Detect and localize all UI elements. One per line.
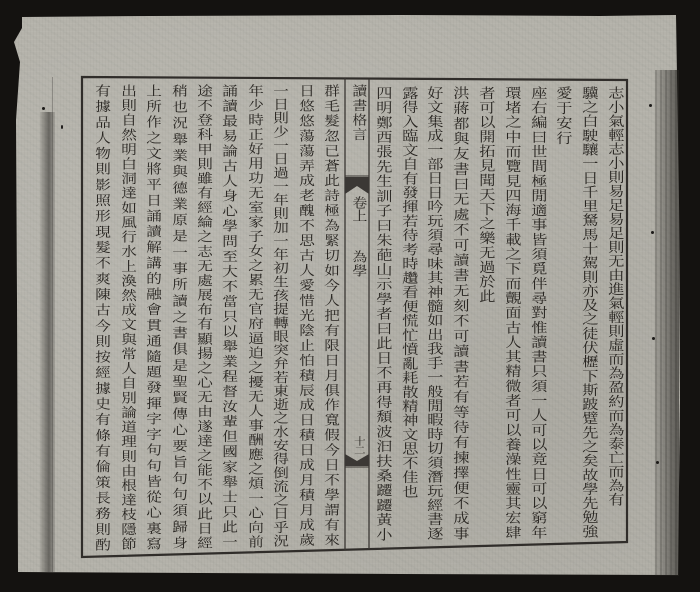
fish-tail-mark-upper bbox=[345, 176, 369, 194]
fish-tail-mark-lower bbox=[345, 454, 369, 467]
text-column: 四明鄭西張先生訓子曰朱葩山示學者曰此日不再得頹波汩扶桑躚躚黃小 bbox=[366, 86, 397, 541]
text-column: 有據品人物則影照形現髮不爽陳古今則按經據史有條有倫策長務則酌 bbox=[84, 84, 115, 551]
